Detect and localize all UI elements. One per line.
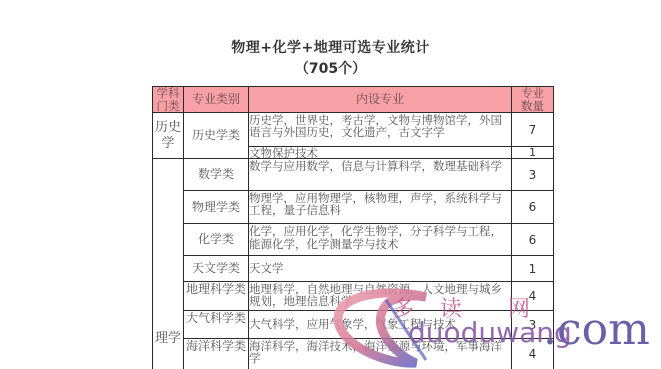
- class-cell: 大气科学类: [184, 311, 249, 339]
- category-cell: 历史学: [153, 113, 184, 159]
- header-row: 学科门类 专业类别 内设专业 专业数量: [153, 87, 554, 113]
- table-row: 理学 数学类 数学与应用数学，信息与计算科学，数理基础科学 3: [153, 159, 554, 191]
- class-cell: 天文学类: [184, 256, 249, 282]
- count-cell: 3: [512, 159, 554, 191]
- count-cell: 6: [512, 191, 554, 224]
- majors-cell: 数学与应用数学，信息与计算科学，数理基础科学: [249, 159, 512, 191]
- class-cell: 历史学类: [184, 113, 249, 159]
- watermark-suffix: .com: [543, 305, 650, 355]
- class-cell: 海洋科学类: [184, 339, 249, 369]
- header-count: 专业数量: [512, 87, 554, 113]
- majors-cell: 化学，应用化学，化学生物学，分子科学与工程，能源化学，化学测量学与技术: [249, 224, 512, 256]
- class-cell: 物理学类: [184, 191, 249, 224]
- class-cell: 化学类: [184, 224, 249, 256]
- count-cell: 6: [512, 224, 554, 256]
- count-cell: 1: [512, 256, 554, 282]
- header-class: 专业类别: [184, 87, 249, 113]
- table-row: 天文学类 天文学 1: [153, 256, 554, 282]
- table-subtitle: （705个）: [0, 58, 661, 78]
- table-row: 化学类 化学，应用化学，化学生物学，分子科学与工程，能源化学，化学测量学与技术 …: [153, 224, 554, 256]
- majors-cell: 历史学，世界史，考古学，文物与博物馆学，外国语言与外国历史，文化遗产，古文字学: [249, 113, 512, 147]
- table-row: 历史学 历史学类 历史学，世界史，考古学，文物与博物馆学，外国语言与外国历史，文…: [153, 113, 554, 147]
- table-title: 物理+化学+地理可选专业统计: [0, 37, 661, 57]
- count-cell: 1: [512, 147, 554, 159]
- majors-cell: 地理科学，自然地理与自然资源，人文地理与城乡规划，地理信息科学: [249, 282, 512, 311]
- header-category: 学科门类: [153, 87, 184, 113]
- table-row: 地理科学类 地理科学，自然地理与自然资源，人文地理与城乡规划，地理信息科学 4: [153, 282, 554, 311]
- category-cell: 理学: [153, 159, 184, 369]
- class-cell: 地理科学类: [184, 282, 249, 311]
- majors-cell: 天文学: [249, 256, 512, 282]
- class-cell: 数学类: [184, 159, 249, 191]
- majors-cell: 物理学，应用物理学，核物理，声学，系统科学与工程，量子信息科: [249, 191, 512, 224]
- majors-cell: 文物保护技术: [249, 147, 512, 159]
- table-row: 物理学类 物理学，应用物理学，核物理，声学，系统科学与工程，量子信息科 6: [153, 191, 554, 224]
- count-cell: 7: [512, 113, 554, 147]
- header-majors: 内设专业: [249, 87, 512, 113]
